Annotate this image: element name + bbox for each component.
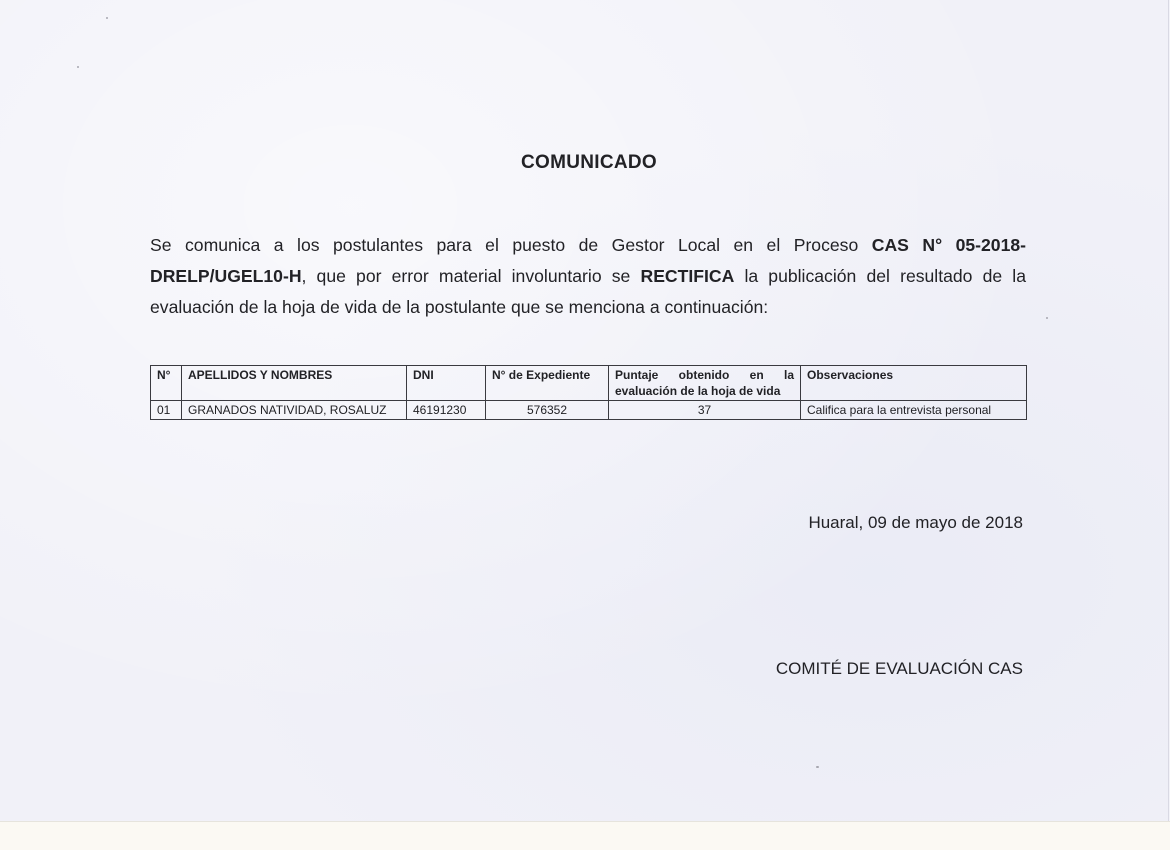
cell-num: 01: [151, 401, 182, 420]
paragraph-text: Se comunica a los postulantes para el pu…: [150, 235, 872, 255]
cell-observations: Califica para la entrevista personal: [801, 401, 1027, 420]
scan-speck: [1046, 317, 1048, 319]
paragraph-text: , que por error material involuntario se: [302, 266, 641, 286]
header-num: N°: [151, 366, 182, 401]
header-observations: Observaciones: [801, 366, 1027, 401]
header-name: APELLIDOS Y NOMBRES: [182, 366, 407, 401]
document-title: COMUNICADO: [0, 152, 1170, 174]
cell-dni: 46191230: [407, 401, 486, 420]
notice-paragraph: Se comunica a los postulantes para el pu…: [150, 230, 1026, 323]
scanner-bed-strip: [0, 821, 1170, 850]
header-expediente: N° de Expediente: [486, 366, 609, 401]
cell-name: GRANADOS NATIVIDAD, ROSALUZ: [182, 401, 407, 420]
table-row: 01 GRANADOS NATIVIDAD, ROSALUZ 46191230 …: [151, 401, 1027, 420]
header-dni: DNI: [407, 366, 486, 401]
header-score-line2: evaluación de la hoja de vida: [615, 384, 780, 398]
scan-speck: [106, 17, 108, 19]
cell-expediente: 576352: [486, 401, 609, 420]
date-line: Huaral, 09 de mayo de 2018: [808, 513, 1023, 533]
results-table: N° APELLIDOS Y NOMBRES DNI N° de Expedie…: [150, 365, 1027, 420]
scan-speck: [816, 766, 819, 768]
header-score-line1: Puntaje obtenido en la: [615, 367, 794, 383]
header-score: Puntaje obtenido en laevaluación de la h…: [609, 366, 801, 401]
cell-score: 37: [609, 401, 801, 420]
scanned-paper-sheet: COMUNICADO Se comunica a los postulantes…: [0, 0, 1169, 821]
table-header-row: N° APELLIDOS Y NOMBRES DNI N° de Expedie…: [151, 366, 1027, 401]
rectifica-keyword: RECTIFICA: [640, 266, 734, 286]
signature-committee: COMITÉ DE EVALUACIÓN CAS: [776, 659, 1023, 679]
scan-speck: [77, 66, 79, 68]
